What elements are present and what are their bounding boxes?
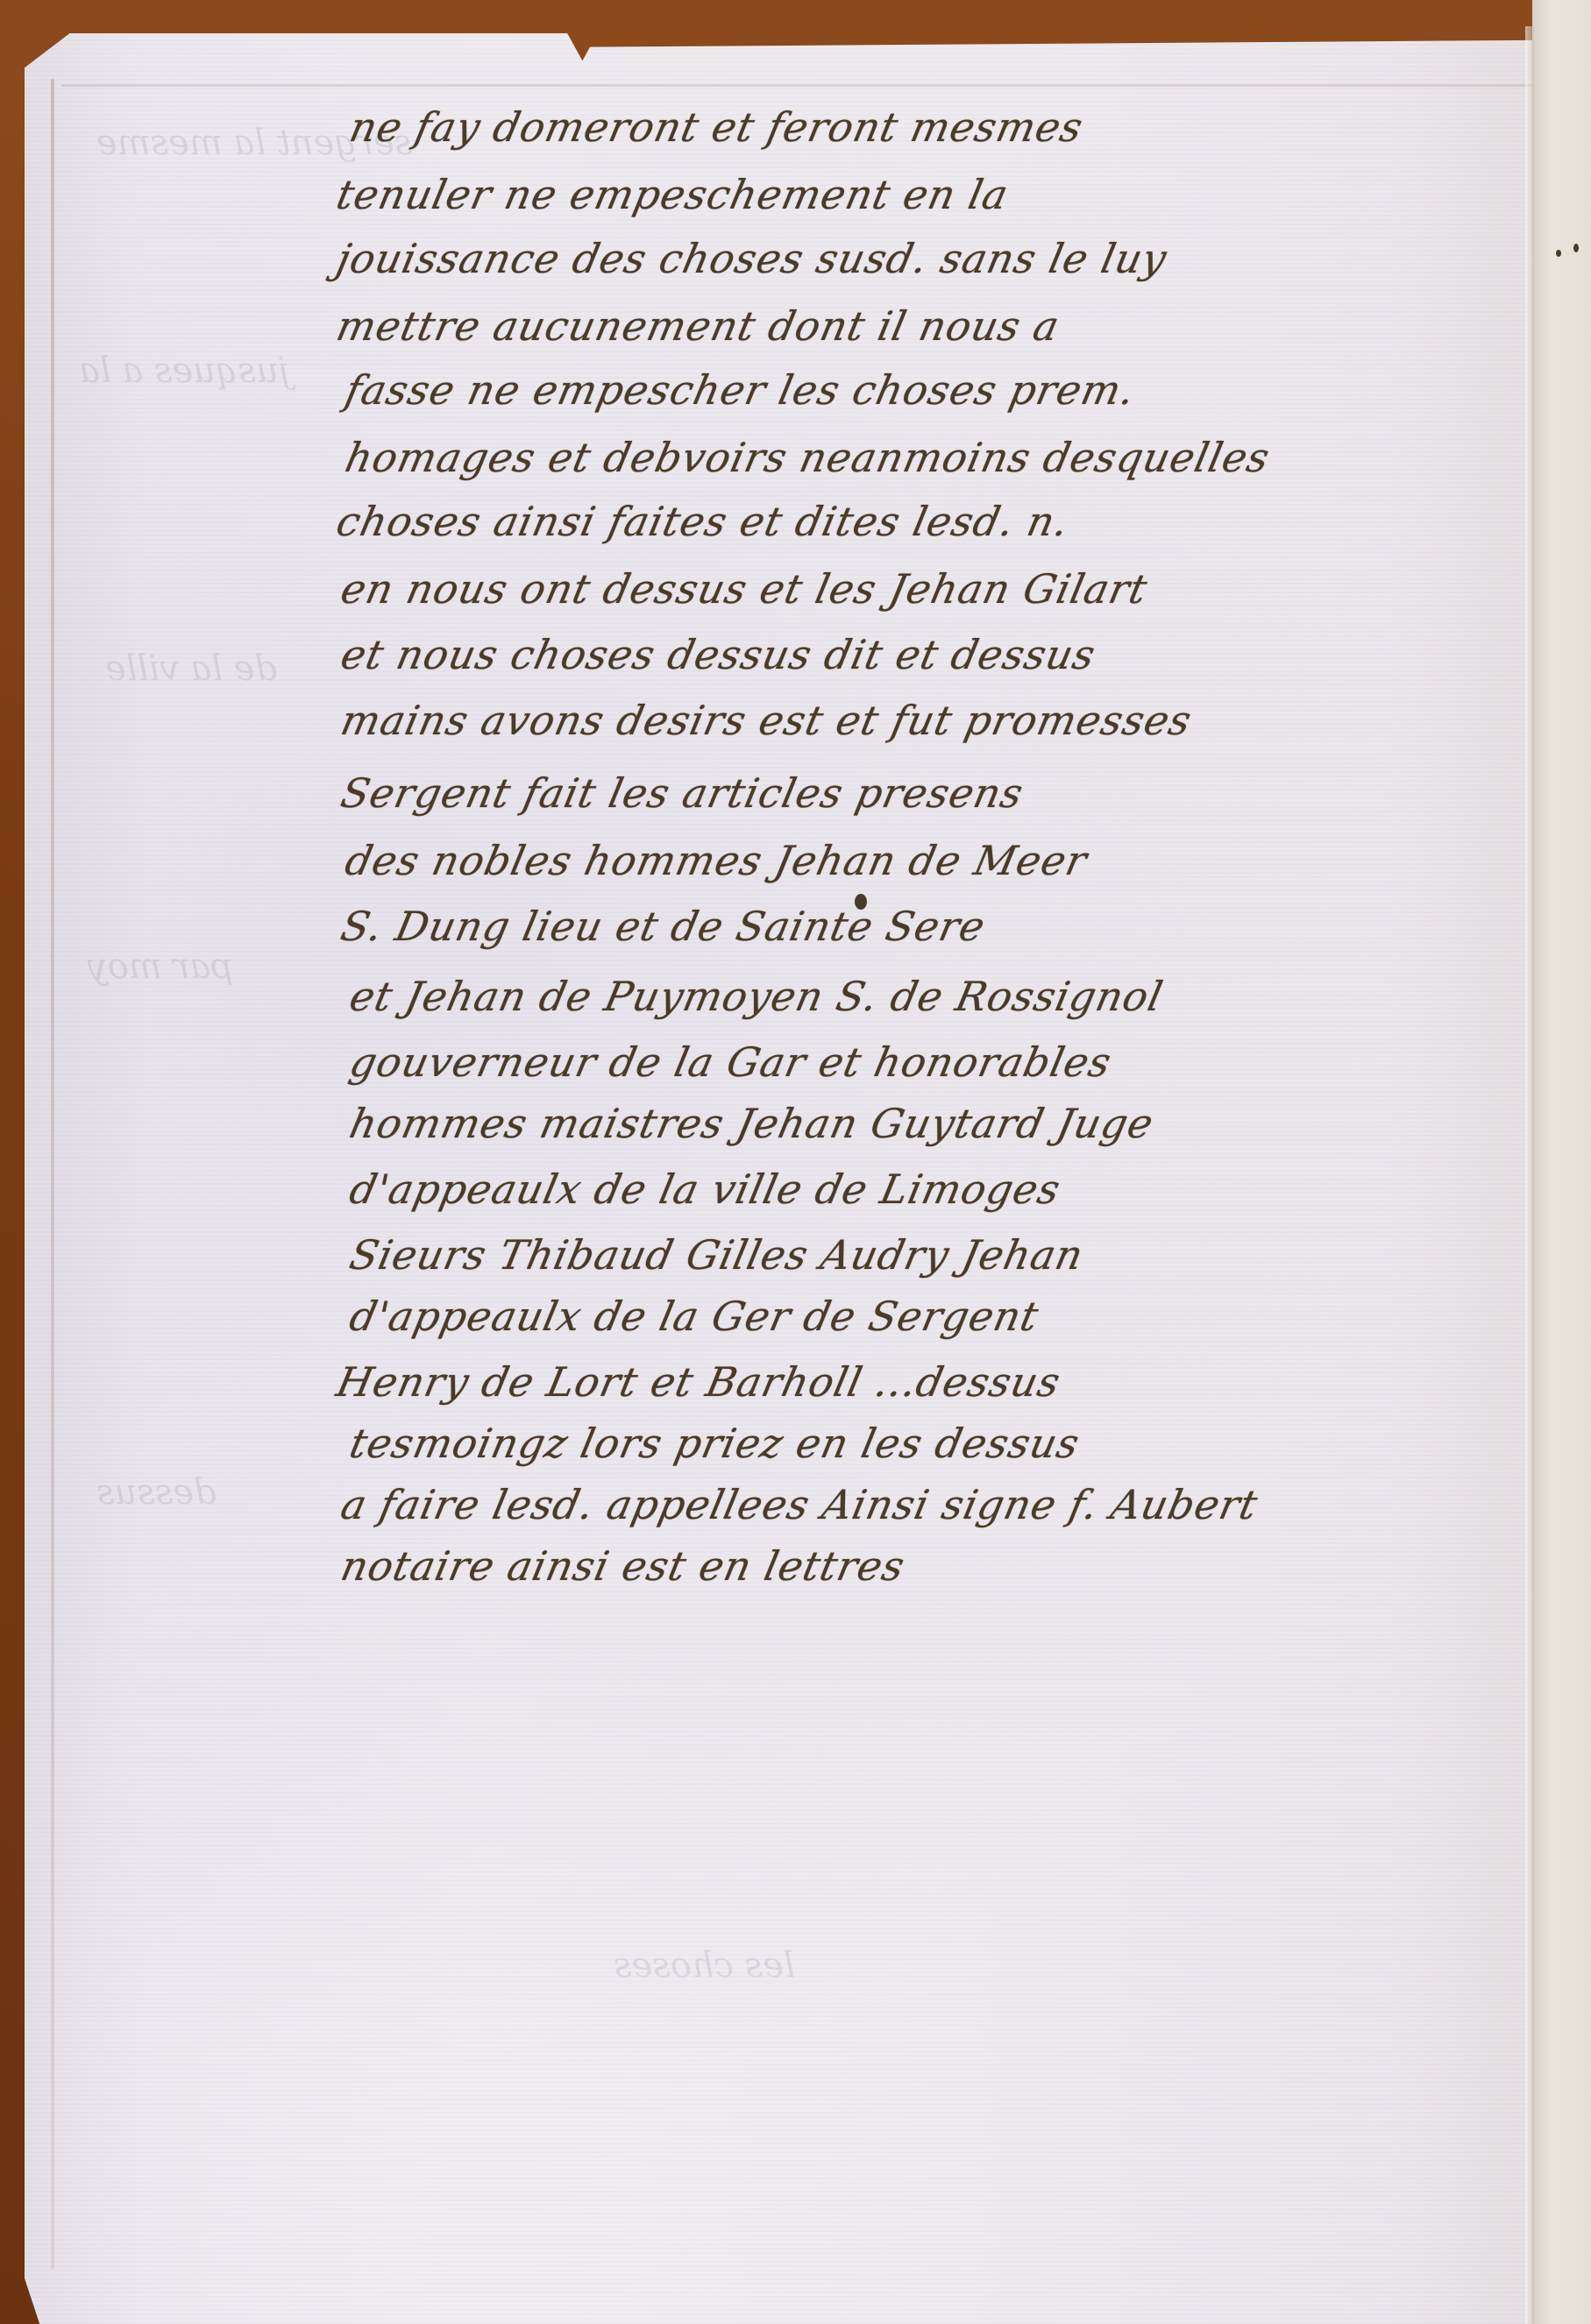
manuscript-line: notaire ainsi est en lettres xyxy=(337,1542,909,1590)
left-page-fold xyxy=(51,79,54,2270)
bleed-through-line: de la ville xyxy=(105,648,277,689)
ink-dot xyxy=(1556,250,1561,257)
manuscript-line: choses ainsi faites et dites lesd. n. xyxy=(332,498,1073,545)
manuscript-line: hommes maistres Jehan Guytard Juge xyxy=(345,1100,1158,1147)
manuscript-line: fasse ne empescher les choses prem. xyxy=(341,366,1140,414)
manuscript-line: et Jehan de Puymoyen S. de Rossignol xyxy=(345,973,1168,1020)
manuscript-line: jouissance des choses susd. sans le luy xyxy=(332,235,1171,282)
manuscript-line: tesmoingz lors priez en les dessus xyxy=(345,1420,1083,1467)
top-page-fold xyxy=(61,84,1534,87)
manuscript-line: d'appeaulx de la Ger de Sergent xyxy=(345,1293,1043,1340)
bleed-through-line: par moy xyxy=(88,946,233,987)
manuscript-line: Henry de Lort et Barholl ...dessus xyxy=(332,1358,1065,1406)
manuscript-line: gouverneur de la Gar et honorables xyxy=(345,1038,1116,1086)
manuscript-line: en nous ont dessus et les Jehan Gilart xyxy=(337,565,1152,613)
bleed-through-line: dessus xyxy=(96,1472,217,1513)
bleed-through-line: jusques a la xyxy=(79,351,289,391)
manuscript-line: mains avons desirs est et fut promesses xyxy=(337,697,1196,744)
manuscript-line: homages et debvoirs neanmoins desquelles xyxy=(341,434,1274,481)
manuscript-line: ne fay domeront et feront mesmes xyxy=(345,103,1087,151)
manuscript-line: des nobles hommes Jehan de Meer xyxy=(341,837,1091,884)
manuscript-line: a faire lesd. appellees Ainsi signe f. A… xyxy=(337,1481,1262,1528)
bleed-through-line: les choses xyxy=(614,1945,795,1986)
manuscript-line: et nous choses dessus dit et dessus xyxy=(337,631,1100,678)
manuscript-line: mettre aucunement dont il nous a xyxy=(332,302,1064,350)
ink-dot xyxy=(1573,244,1579,252)
manuscript-line: tenuler ne empeschement en la xyxy=(332,171,1012,218)
page-edge xyxy=(1525,26,1534,2324)
manuscript-line: S. Dung lieu et de Sainte Sere xyxy=(337,903,990,950)
adjacent-page-gutter xyxy=(1532,0,1591,2324)
ink-blot xyxy=(855,894,867,910)
manuscript-line: Sergent fait les articles presens xyxy=(337,769,1027,817)
manuscript-line: d'appeaulx de la ville de Limoges xyxy=(345,1166,1065,1213)
manuscript-line: Sieurs Thibaud Gilles Audry Jehan xyxy=(345,1231,1088,1279)
